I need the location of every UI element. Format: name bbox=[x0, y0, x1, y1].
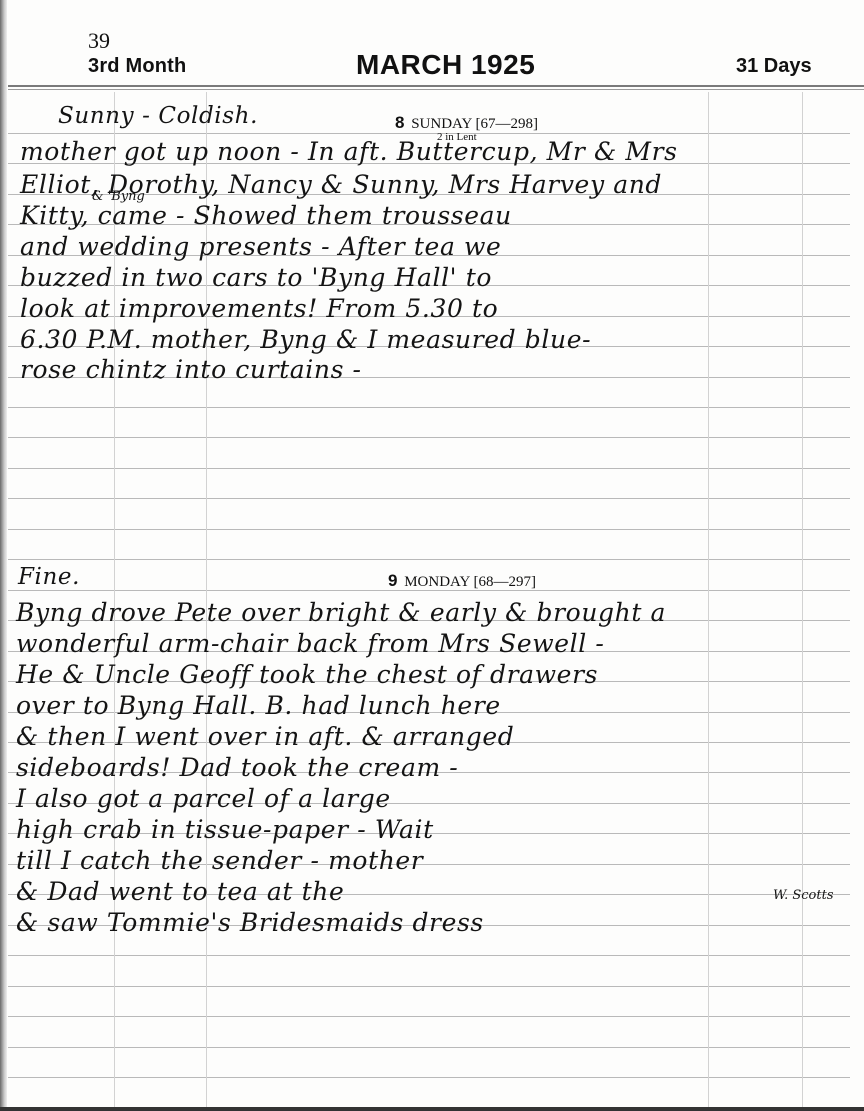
ruled-line bbox=[8, 559, 850, 560]
entry-line: over to Byng Hall. B. had lunch here bbox=[16, 693, 501, 718]
column-rule bbox=[708, 92, 709, 1107]
ruled-lines bbox=[0, 0, 864, 1111]
day-name: MONDAY bbox=[404, 574, 470, 590]
entry-line: and wedding presents - After tea we bbox=[20, 234, 501, 259]
ruled-line bbox=[8, 437, 850, 438]
entry-line: look at improvements! From 5.30 to bbox=[20, 296, 498, 321]
ruled-line bbox=[8, 986, 850, 987]
ruled-line bbox=[8, 955, 850, 956]
entry-line: high crab in tissue-paper - Wait bbox=[16, 817, 434, 842]
ruled-line bbox=[8, 407, 850, 408]
ruled-line bbox=[8, 529, 850, 530]
day-of-year-range: [67—298] bbox=[476, 116, 539, 132]
diary-page: 39 3rd Month MARCH 1925 31 Days Sunny - … bbox=[0, 0, 864, 1111]
ruled-line bbox=[8, 498, 850, 499]
column-rule bbox=[802, 92, 803, 1107]
entry-line: & then I went over in aft. & arranged bbox=[16, 724, 514, 749]
entry-line: He & Uncle Geoff took the chest of drawe… bbox=[16, 662, 598, 687]
ruled-line bbox=[8, 1077, 850, 1078]
page-bottom-edge bbox=[0, 1107, 864, 1111]
ruled-line bbox=[8, 1047, 850, 1048]
entry-line: rose chintz into curtains - bbox=[20, 357, 362, 382]
ruled-line bbox=[8, 468, 850, 469]
weather-note: Sunny - Coldish. bbox=[58, 105, 258, 128]
day-name: SUNDAY bbox=[411, 116, 472, 132]
day-of-year-range: [68—297] bbox=[474, 574, 537, 590]
entry-line: mother got up noon - In aft. Buttercup, … bbox=[20, 139, 678, 164]
entry-line: & Dad went to tea at the bbox=[16, 879, 344, 904]
entry-line: wonderful arm-chair back from Mrs Sewell… bbox=[16, 631, 604, 656]
header-divider-secondary bbox=[8, 89, 864, 90]
month-ordinal-label: 3rd Month bbox=[88, 55, 186, 78]
weather-note: Fine. bbox=[18, 566, 80, 589]
month-title: MARCH 1925 bbox=[356, 49, 535, 81]
page-number: 39 bbox=[88, 28, 110, 54]
entry-line: Byng drove Pete over bright & early & br… bbox=[16, 600, 666, 625]
ruled-line bbox=[8, 133, 850, 134]
entry-line: I also got a parcel of a large bbox=[16, 786, 391, 811]
entry-line: till I catch the sender - mother bbox=[16, 848, 423, 873]
entry-line: Kitty, came - Showed them trousseau bbox=[20, 203, 512, 228]
entry-line: buzzed in two cars to 'Byng Hall' to bbox=[20, 265, 492, 290]
entry-line: sideboards! Dad took the cream - bbox=[16, 755, 458, 780]
header-divider bbox=[8, 85, 864, 87]
days-in-month: 31 Days bbox=[736, 55, 812, 78]
day-heading: 8 SUNDAY [67—298] bbox=[395, 113, 538, 133]
day-number: 9 bbox=[388, 571, 397, 590]
entry-line: & saw Tommie's Bridesmaids dress bbox=[16, 910, 484, 935]
day-number: 8 bbox=[395, 113, 404, 132]
day-heading: 9 MONDAY [68—297] bbox=[388, 571, 536, 591]
entry-line: 6.30 P.M. mother, Byng & I measured blue… bbox=[20, 327, 591, 352]
inserted-word: W. Scotts bbox=[773, 889, 834, 902]
ruled-line bbox=[8, 1016, 850, 1017]
